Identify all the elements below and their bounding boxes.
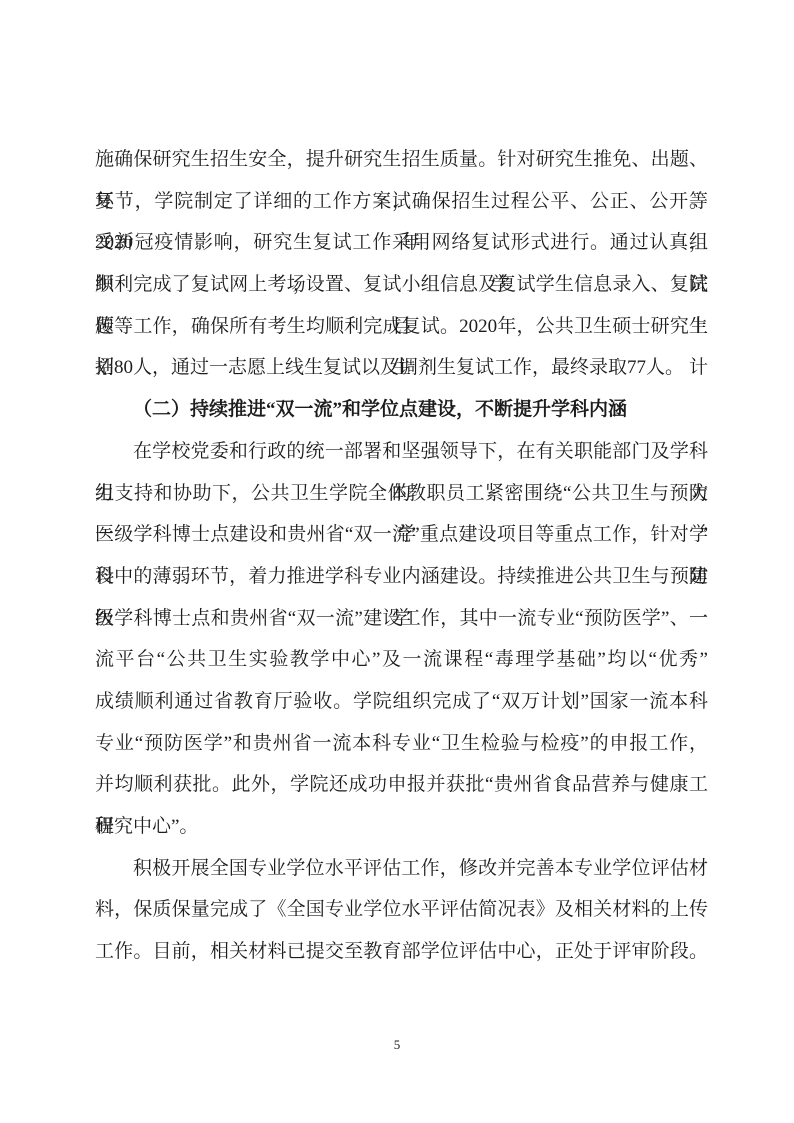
document-page: 施确保研究生招生安全，提升研究生招生质量。针对研究生推免、出题、复试等 环节，学… — [0, 0, 794, 1123]
text-line: 传等工作，确保所有考生均顺利完成复试。2020年，公共卫生硕士研究生招生计 — [95, 306, 708, 348]
text-line: 在学校党委和行政的统一部署和坚强领导下，在有关职能部门及学科组的大 — [95, 431, 708, 473]
text-line: 成绩顺利通过省教育厅验收。学院组织完成了“双万计划”国家一流本科 — [95, 681, 708, 723]
text-line: 专业“预防医学”和贵州省一流本科专业“卫生检验与检疫”的申报工作， — [95, 723, 708, 765]
document-body: 施确保研究生招生安全，提升研究生招生质量。针对研究生推免、出题、复试等 环节，学… — [95, 139, 708, 973]
text-line: 研究中心”。 — [95, 806, 708, 848]
text-line: 施确保研究生招生安全，提升研究生招生质量。针对研究生推免、出题、复试等 — [95, 139, 708, 181]
text-line: 力支持和协助下，公共卫生学院全体教职员工紧密围绕“公共卫生与预防医学” — [95, 473, 708, 515]
text-line: 并均顺利获批。此外，学院还成功申报并获批“贵州省食品营养与健康工程 — [95, 764, 708, 806]
text-line: 工作。目前，相关材料已提交至教育部学位评估中心，正处于评审阶段。 — [95, 931, 708, 973]
text-line: 积极开展全国专业学位水平评估工作，修改并完善本专业学位评估材 — [95, 848, 708, 890]
text-line: 设中的薄弱环节，着力推进学科专业内涵建设。持续推进公共卫生与预防医学一 — [95, 556, 708, 598]
page-number: 5 — [0, 1036, 794, 1054]
text-line: 受新冠疫情影响，研究生复试工作采用网络复试形式进行。通过认真组织，学院 — [95, 222, 708, 264]
text-line: 流平台“公共卫生实验教学中心”及一流课程“毒理学基础”均以“优秀” — [95, 639, 708, 681]
text-line: 环节，学院制定了详细的工作方案，确保招生过程公平、公正、公开。2020年， — [95, 181, 708, 223]
text-line: 划80人，通过一志愿上线生复试以及调剂生复试工作，最终录取77人。 — [95, 347, 708, 389]
text-line: 料，保质保量完成了《全国专业学位水平评估简况表》及相关材料的上传 — [95, 889, 708, 931]
section-heading: （二）持续推进“双一流”和学位点建设，不断提升学科内涵 — [95, 389, 708, 431]
text-line: 顺利完成了复试网上考场设置、复试小组信息及复试学生信息录入、复试题目上 — [95, 264, 708, 306]
text-line: 一级学科博士点建设和贵州省“双一流”重点建设项目等重点工作，针对学科建 — [95, 514, 708, 556]
text-line: 级学科博士点和贵州省“双一流”建设工作，其中一流专业“预防医学”、一 — [95, 598, 708, 640]
